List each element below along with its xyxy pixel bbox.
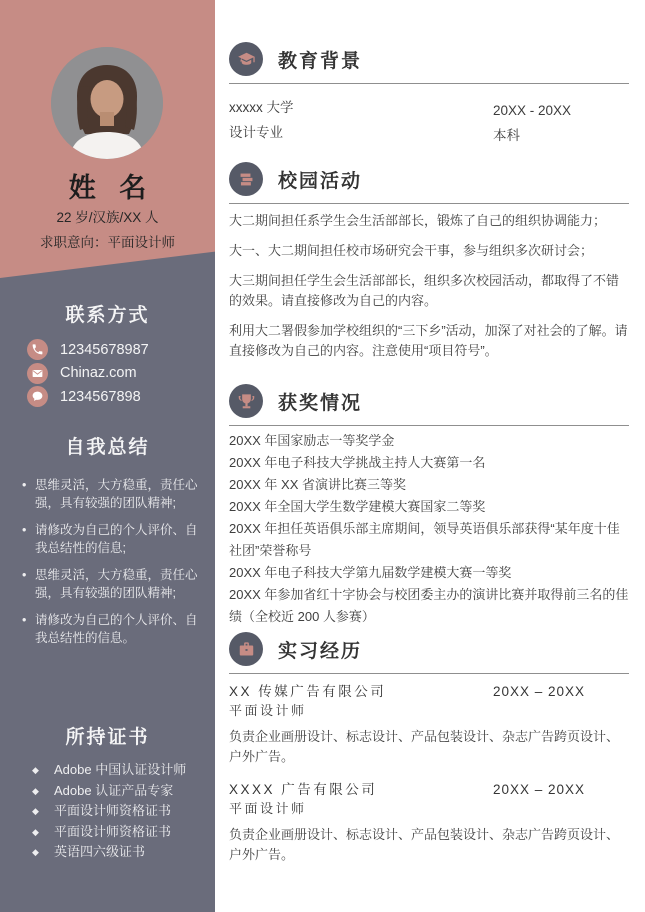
internship-role: 平面设计师 bbox=[229, 799, 493, 818]
self-summary-section: 自我总结 思维灵活，大方稳重，责任心强，具有较强的团队精神; 请修改为自己的个人… bbox=[0, 432, 215, 656]
internship-entry: XXXX 广告有限公司 平面设计师 20XX – 20XX 负责企业画册设计、标… bbox=[229, 780, 629, 865]
list-item: 20XX 年国家励志一等奖学金 bbox=[229, 430, 629, 452]
contact-list: 12345678987 Chinaz.com 1234567898 bbox=[0, 338, 215, 409]
internship-period: 20XX – 20XX bbox=[493, 780, 629, 818]
chat-icon bbox=[27, 386, 48, 407]
education-degree: 本科 bbox=[493, 123, 629, 148]
contact-item-chat: 1234567898 bbox=[0, 385, 215, 409]
contact-item-phone: 12345678987 bbox=[0, 338, 215, 362]
internship-description: 负责企业画册设计、标志设计、产品包装设计、杂志广告跨页设计、户外广告。 bbox=[229, 825, 629, 865]
education-school-major: xxxxx 大学 设计专业 bbox=[229, 95, 493, 148]
contact-item-website: Chinaz.com bbox=[0, 362, 215, 386]
main-content: 教育背景 xxxxx 大学 设计专业 20XX - 20XX 本科 校园活动 bbox=[215, 0, 645, 912]
awards-section-header: 获奖情况 bbox=[229, 384, 629, 426]
phone-icon bbox=[27, 339, 48, 360]
list-item: 平面设计师资格证书 bbox=[30, 822, 205, 843]
certificates-section: 所持证书 Adobe 中国认证设计师 Adobe 认证产品专家 平面设计师资格证… bbox=[0, 722, 215, 863]
profile-name: 姓 名 bbox=[0, 166, 215, 205]
profile-basic-info: 22 岁/汉族/XX 人 bbox=[0, 206, 215, 226]
list-item: 20XX 年电子科技大学第九届数学建模大赛一等奖 bbox=[229, 562, 629, 584]
awards-section-title: 获奖情况 bbox=[278, 388, 362, 415]
certificates-list: Adobe 中国认证设计师 Adobe 认证产品专家 平面设计师资格证书 平面设… bbox=[30, 760, 205, 863]
profile-objective: 求职意向：平面设计师 bbox=[0, 231, 215, 251]
contact-website-value: Chinaz.com bbox=[60, 365, 137, 381]
sidebar: 姓 名 22 岁/汉族/XX 人 求职意向：平面设计师 联系方式 1234567… bbox=[0, 0, 215, 912]
list-item: Adobe 认证产品专家 bbox=[30, 781, 205, 802]
internship-entry-header: XX 传媒广告有限公司 平面设计师 20XX – 20XX bbox=[229, 682, 629, 720]
list-item: 20XX 年电子科技大学挑战主持人大赛第一名 bbox=[229, 452, 629, 474]
list-item: 20XX 年 XX 省演讲比赛三等奖 bbox=[229, 474, 629, 496]
education-school: xxxxx 大学 bbox=[229, 95, 493, 120]
list-item: 请修改为自己的个人评价、自我总结性的信息。 bbox=[22, 611, 201, 647]
self-summary-title: 自我总结 bbox=[0, 432, 215, 459]
contact-phone-value: 12345678987 bbox=[60, 342, 149, 358]
education-section-header: 教育背景 bbox=[229, 42, 629, 84]
education-major: 设计专业 bbox=[229, 120, 493, 145]
campus-paragraph: 大二期间担任系学生会生活部部长，锻炼了自己的组织协调能力； bbox=[229, 211, 629, 231]
internship-period: 20XX – 20XX bbox=[493, 682, 629, 720]
awards-section: 获奖情况 20XX 年国家励志一等奖学金 20XX 年电子科技大学挑战主持人大赛… bbox=[229, 384, 629, 628]
education-section-title: 教育背景 bbox=[278, 46, 362, 73]
list-item: 思维灵活，大方稳重，责任心强，具有较强的团队精神; bbox=[22, 566, 201, 602]
education-section: 教育背景 xxxxx 大学 设计专业 20XX - 20XX 本科 bbox=[229, 42, 629, 148]
list-item: 20XX 年全国大学生数学建模大赛国家二等奖 bbox=[229, 496, 629, 518]
campus-activities-section-header: 校园活动 bbox=[229, 162, 629, 204]
education-period: 20XX - 20XX bbox=[493, 98, 629, 123]
list-item: 思维灵活，大方稳重，责任心强，具有较强的团队精神; bbox=[22, 476, 201, 512]
list-item: 请修改为自己的个人评价、自我总结性的信息; bbox=[22, 521, 201, 557]
internship-description: 负责企业画册设计、标志设计、产品包装设计、杂志广告跨页设计、户外广告。 bbox=[229, 727, 629, 767]
campus-paragraph: 利用大二署假参加学校组织的“三下乡”活动，加深了对社会的了解。请直接修改为自己的… bbox=[229, 321, 629, 361]
education-period-degree: 20XX - 20XX 本科 bbox=[493, 95, 629, 148]
internship-entry: XX 传媒广告有限公司 平面设计师 20XX – 20XX 负责企业画册设计、标… bbox=[229, 682, 629, 767]
graduation-cap-icon bbox=[229, 42, 263, 76]
awards-list: 20XX 年国家励志一等奖学金 20XX 年电子科技大学挑战主持人大赛第一名 2… bbox=[229, 430, 629, 628]
internship-company: XXXX 广告有限公司 bbox=[229, 780, 493, 799]
internship-section-title: 实习经历 bbox=[278, 636, 362, 663]
resume-page: 姓 名 22 岁/汉族/XX 人 求职意向：平面设计师 联系方式 1234567… bbox=[0, 0, 645, 912]
internship-company-role: XX 传媒广告有限公司 平面设计师 bbox=[229, 682, 493, 720]
contact-chat-value: 1234567898 bbox=[60, 389, 141, 405]
profile-photo bbox=[51, 47, 163, 159]
self-summary-list: 思维灵活，大方稳重，责任心强，具有较强的团队精神; 请修改为自己的个人评价、自我… bbox=[22, 476, 201, 647]
list-item: 20XX 年担任英语俱乐部主席期间，领导英语俱乐部获得“某年度十佳社团”荣誉称号 bbox=[229, 518, 629, 562]
internship-company: XX 传媒广告有限公司 bbox=[229, 682, 493, 701]
campus-paragraph: 大一、大二期间担任校市场研究会干事，参与组织多次研讨会； bbox=[229, 241, 629, 261]
contact-section-title: 联系方式 bbox=[0, 300, 215, 327]
mail-icon bbox=[27, 363, 48, 384]
books-icon bbox=[229, 162, 263, 196]
list-item: 英语四六级证书 bbox=[30, 842, 205, 863]
list-item: 20XX 年参加省红十字协会与校团委主办的演讲比赛并取得前三名的佳绩（全校近 2… bbox=[229, 584, 629, 628]
education-entry: xxxxx 大学 设计专业 20XX - 20XX 本科 bbox=[229, 95, 629, 148]
internship-section: 实习经历 XX 传媒广告有限公司 平面设计师 20XX – 20XX 负责企业画… bbox=[229, 632, 629, 865]
campus-paragraph: 大三期间担任学生会生活部部长，组织多次校园活动，都取得了不错的效果。请直接修改为… bbox=[229, 271, 629, 311]
trophy-icon bbox=[229, 384, 263, 418]
campus-activities-section-title: 校园活动 bbox=[278, 166, 362, 193]
campus-activities-section: 校园活动 大二期间担任系学生会生活部部长，锻炼了自己的组织协调能力； 大一、大二… bbox=[229, 162, 629, 371]
internship-section-header: 实习经历 bbox=[229, 632, 629, 674]
campus-activities-body: 大二期间担任系学生会生活部部长，锻炼了自己的组织协调能力； 大一、大二期间担任校… bbox=[229, 211, 629, 361]
briefcase-icon bbox=[229, 632, 263, 666]
contact-section: 联系方式 12345678987 Chinaz.com bbox=[0, 300, 215, 409]
certificates-title: 所持证书 bbox=[0, 722, 215, 749]
internship-entry-header: XXXX 广告有限公司 平面设计师 20XX – 20XX bbox=[229, 780, 629, 818]
internship-company-role: XXXX 广告有限公司 平面设计师 bbox=[229, 780, 493, 818]
internship-role: 平面设计师 bbox=[229, 701, 493, 720]
list-item: 平面设计师资格证书 bbox=[30, 801, 205, 822]
portrait-placeholder-image bbox=[51, 47, 163, 159]
list-item: Adobe 中国认证设计师 bbox=[30, 760, 205, 781]
